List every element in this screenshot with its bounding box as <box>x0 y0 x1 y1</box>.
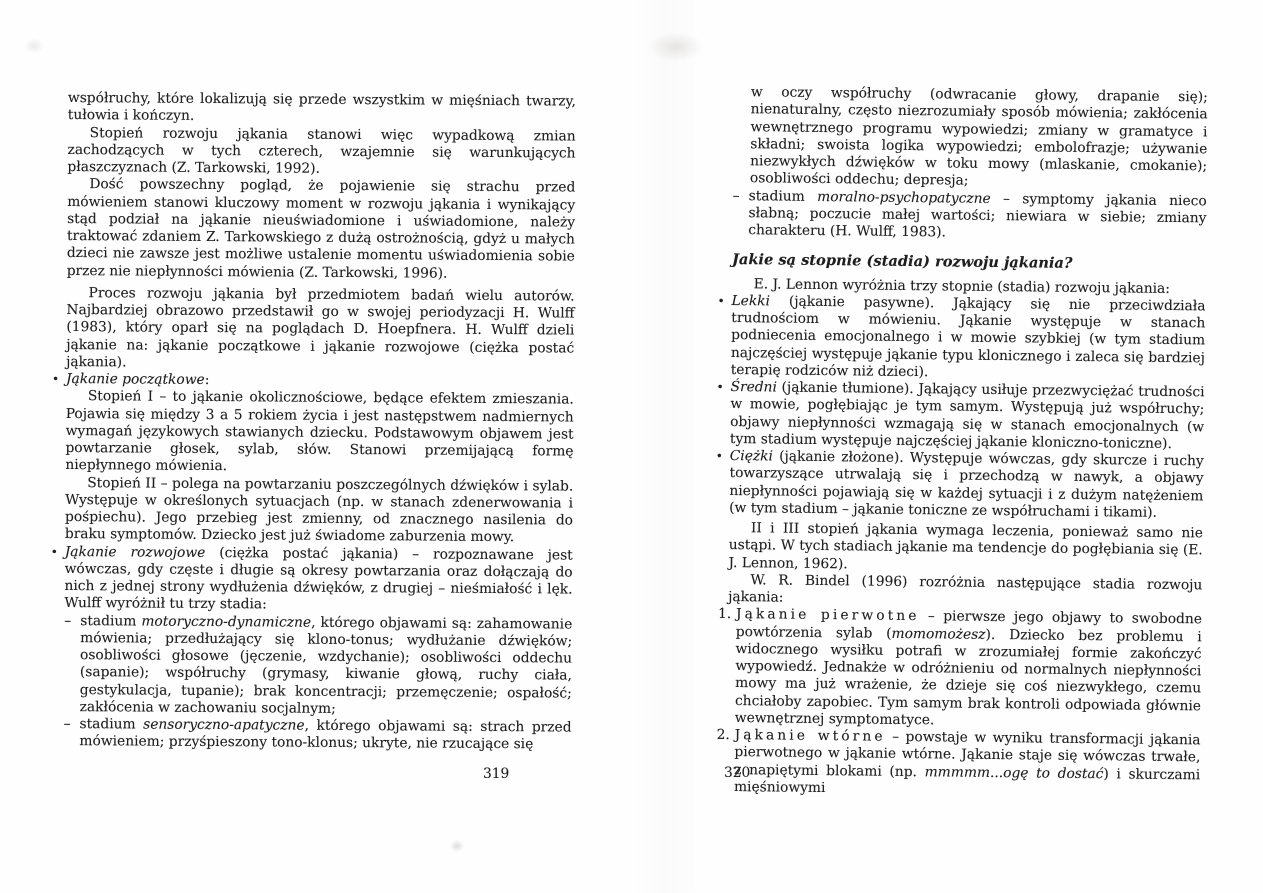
bullet-item-title: Jąkanie początkowe <box>66 371 205 388</box>
left-page: współruchy, które lokalizują się przede … <box>63 90 576 754</box>
dash-item: – stadium moralno-psychopatyczne – sympt… <box>732 187 1207 244</box>
paragraph-continuation: współruchy, które lokalizują się przede … <box>68 90 576 128</box>
dash-item-text: stadium <box>749 188 818 205</box>
bullet-item: • Jąkanie rozwojowe (ciężka postać jąkan… <box>64 543 572 616</box>
item-number: 2. <box>717 727 730 744</box>
numbered-item-example: mmmmm...ogę to dostać <box>925 764 1104 782</box>
dash-item: – stadium motoryczno-dynamiczne, którego… <box>64 612 573 719</box>
page-gutter-shadow <box>630 0 700 893</box>
numbered-item: 1. Jąkanie pierwotne – pierwsze jego obj… <box>717 606 1202 732</box>
bullet-item: • Jąkanie początkowe: <box>66 371 574 392</box>
bullet-item-title: Lekki <box>731 293 770 309</box>
dash-item-term: moralno-psychopatyczne <box>817 188 991 206</box>
paragraph: Proces rozwoju jąkania był przedmiotem b… <box>66 285 575 375</box>
bullet-item: • Średni (jąkanie tłumione). Jąkający us… <box>730 379 1205 453</box>
bullet-item-title: Jąkanie rozwojowe <box>65 543 206 560</box>
page-number: 320 <box>724 765 750 781</box>
paragraph: Dość powszechny pogląd, że pojawienie si… <box>67 176 576 283</box>
paragraph: Stopień rozwoju jąkania stanowi więc wyp… <box>67 124 575 179</box>
numbered-item-example: momomożesz <box>891 625 985 642</box>
bullet-icon: • <box>716 379 723 396</box>
bullet-item: • Ciężki (jąkanie złożone). Występuje wó… <box>729 448 1204 522</box>
dash-icon: – <box>733 187 740 204</box>
numbered-item-term: Jąkanie wtórne <box>735 727 886 745</box>
dash-icon: – <box>64 716 71 733</box>
bullet-item-title: Średni <box>730 379 777 396</box>
paragraph-continuation: w oczy współruchy (odwracanie głowy, dra… <box>733 84 1208 193</box>
page-number: 319 <box>483 766 509 782</box>
dash-item: – stadium sensoryczno-apatyczne, którego… <box>63 716 571 754</box>
bullet-icon: • <box>717 293 724 310</box>
paragraph: II i III stopień jąkania wymaga leczenia… <box>728 520 1203 577</box>
dash-item-text: stadium <box>80 613 141 629</box>
scan-artifact <box>24 38 44 54</box>
bullet-item-text: (jąkanie tłumione). Jąkający usiłuje prz… <box>730 380 1205 452</box>
bullet-icon: • <box>716 448 723 465</box>
bullet-item-text: (jąkanie złożone). Występuje wówczas, gd… <box>729 448 1204 520</box>
dash-item-term: sensoryczno-apatyczne <box>143 717 305 734</box>
right-page: w oczy współruchy (odwracanie głowy, dra… <box>726 84 1208 801</box>
paragraph: W. R. Bindel (1996) rozróżnia następując… <box>728 572 1202 612</box>
scan-artifact <box>648 32 704 62</box>
scan-artifact <box>450 840 464 852</box>
dash-item-text: , którego objawami są: zahamowanie mówie… <box>80 614 573 716</box>
paragraph: Stopień II – polega na powtarzaniu poszc… <box>65 474 573 547</box>
dash-item-text: stadium <box>80 716 144 732</box>
bullet-item-text: : <box>205 372 210 388</box>
item-number: 1. <box>718 606 731 623</box>
section-heading: Jakie są stopnie (stadia) rozwoju jąkani… <box>732 251 1206 274</box>
bullet-icon: • <box>51 543 58 560</box>
bullet-icon: • <box>52 371 59 388</box>
dash-item-term: motoryczno-dynamiczne <box>141 613 311 630</box>
numbered-item: 2. Jąkanie wtórne – powstaje w wyniku tr… <box>716 727 1201 801</box>
paragraph: Stopień I – to jąkanie okolicznościowe, … <box>65 388 574 478</box>
bullet-item-text: (jąkanie pasywne). Jąkający się nie prze… <box>731 293 1206 380</box>
bullet-item-title: Ciężki <box>730 448 773 464</box>
bullet-item: • Lekki (jąkanie pasywne). Jąkający się … <box>731 293 1206 385</box>
numbered-item-term: Jąkanie pierwotne <box>736 606 920 624</box>
dash-icon: – <box>64 612 71 629</box>
